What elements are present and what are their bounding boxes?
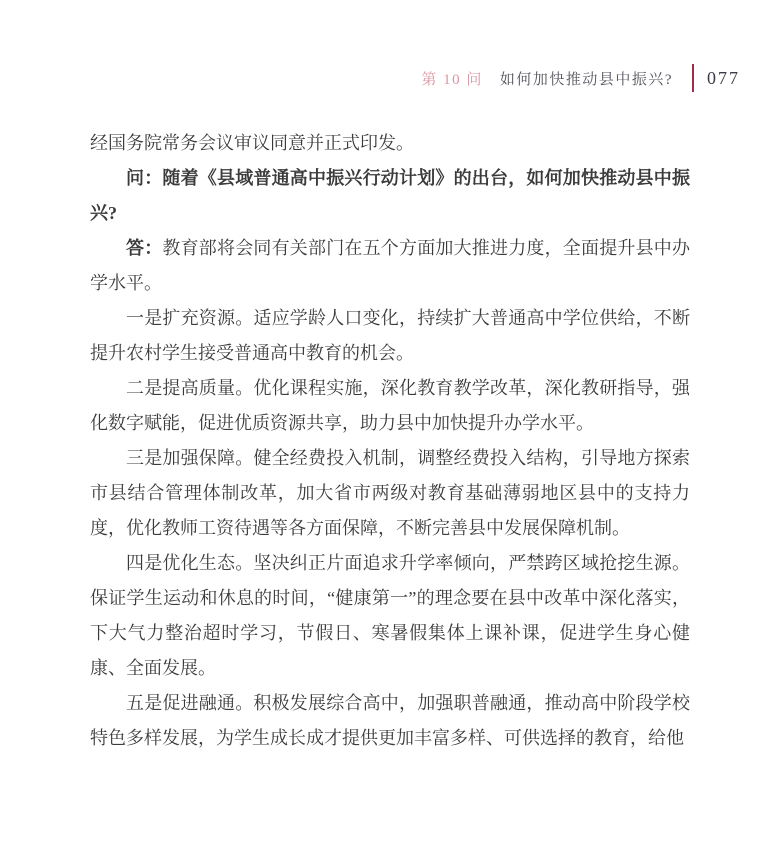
page-number: 077 bbox=[707, 68, 740, 89]
answer-prefix: 答： bbox=[126, 238, 162, 258]
point-paragraph-4: 四是优化生态。坚决纠正片面追求升学率倾向，严禁跨区域抢挖生源。保证学生运动和休息… bbox=[90, 546, 690, 686]
paragraph-continuation: 经国务院常务会议审议同意并正式印发。 bbox=[90, 126, 690, 161]
point-paragraph-5: 五是促进融通。积极发展综合高中，加强职普融通，推动高中阶段学校特色多样发展，为学… bbox=[90, 686, 690, 756]
question-paragraph: 问：随着《县域普通高中振兴行动计划》的出台，如何加快推动县中振兴? bbox=[90, 161, 690, 231]
page-header: 第 10 问 如何加快推动县中振兴? 077 bbox=[421, 62, 740, 94]
question-prefix: 问： bbox=[126, 168, 162, 188]
header-divider-bar bbox=[692, 64, 694, 92]
point-paragraph-1: 一是扩充资源。适应学龄人口变化，持续扩大普通高中学位供给，不断提升农村学生接受普… bbox=[90, 301, 690, 371]
section-title: 如何加快推动县中振兴? bbox=[500, 68, 673, 89]
answer-text: 教育部将会同有关部门在五个方面加大推进力度，全面提升县中办学水平。 bbox=[90, 238, 690, 293]
answer-paragraph: 答：教育部将会同有关部门在五个方面加大推进力度，全面提升县中办学水平。 bbox=[90, 231, 690, 301]
point-paragraph-2: 二是提高质量。优化课程实施，深化教育教学改革，深化教研指导，强化数字赋能，促进优… bbox=[90, 371, 690, 441]
page-content: 经国务院常务会议审议同意并正式印发。 问：随着《县域普通高中振兴行动计划》的出台… bbox=[90, 126, 690, 756]
book-page: 第 10 问 如何加快推动县中振兴? 077 经国务院常务会议审议同意并正式印发… bbox=[0, 0, 778, 847]
question-text: 随着《县域普通高中振兴行动计划》的出台，如何加快推动县中振兴? bbox=[90, 168, 690, 223]
section-number-label: 第 10 问 bbox=[421, 68, 483, 89]
point-paragraph-3: 三是加强保障。健全经费投入机制，调整经费投入结构，引导地方探索市县结合管理体制改… bbox=[90, 441, 690, 546]
